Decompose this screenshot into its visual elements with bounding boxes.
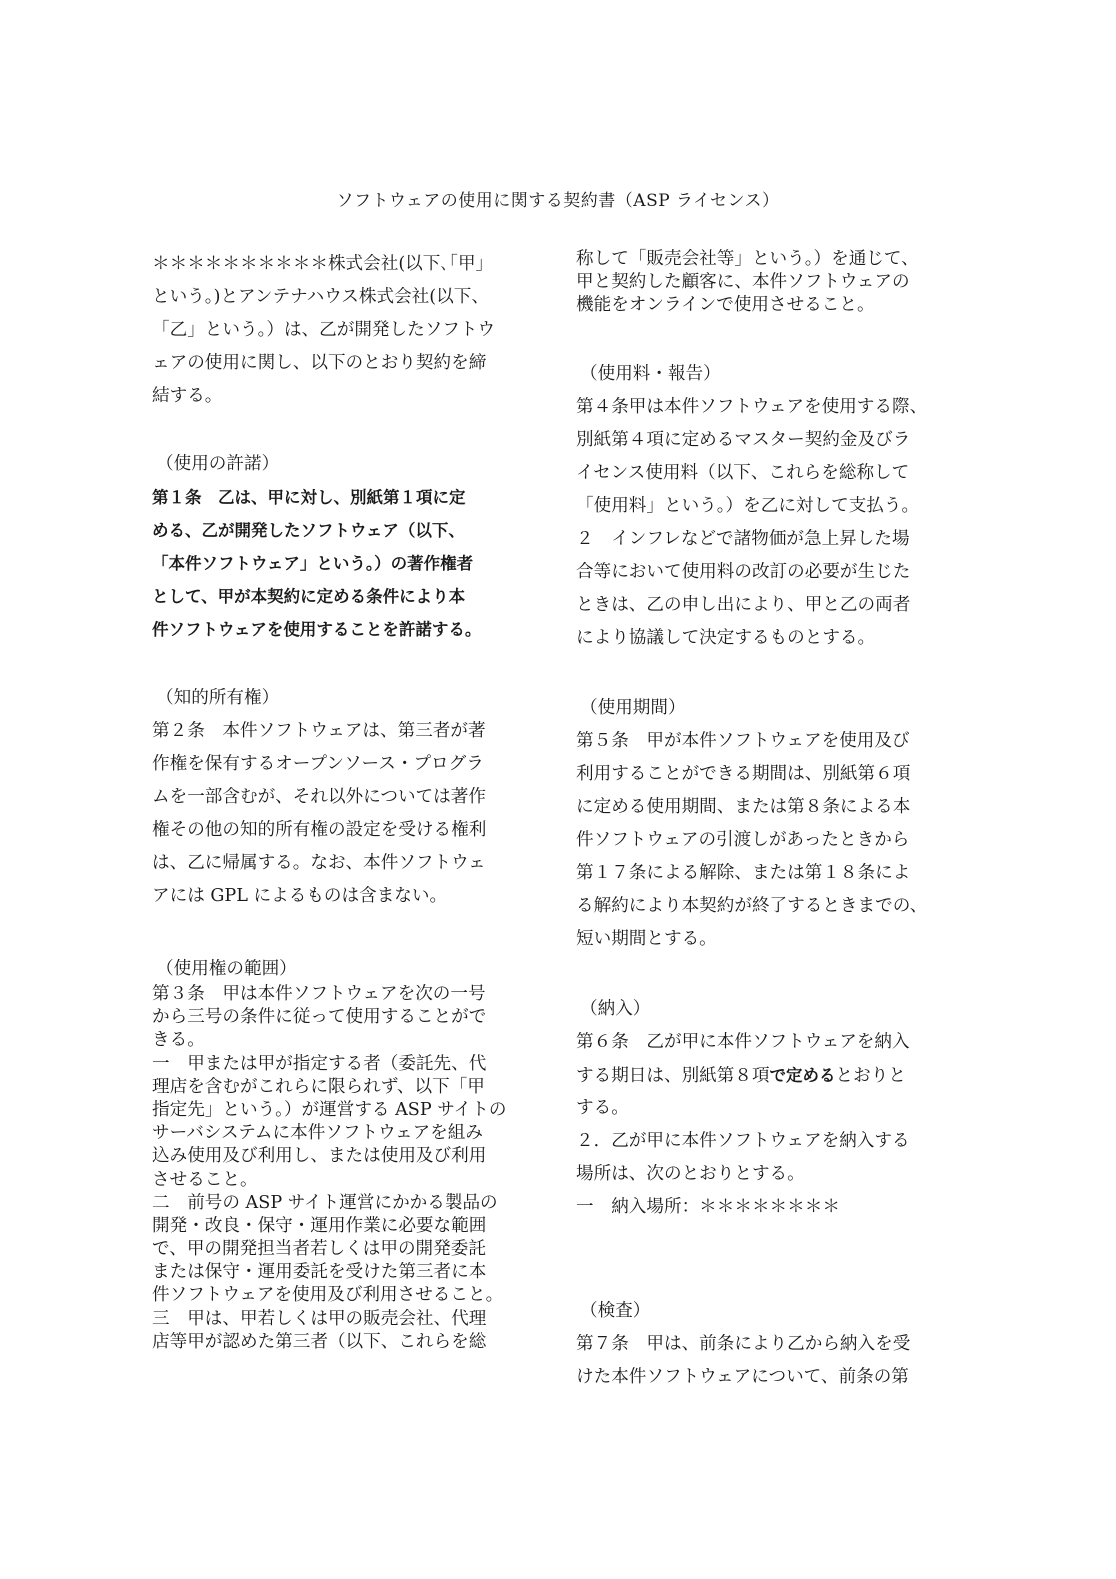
- article-line: は、乙に帰属する。なお、本件ソフトウェ: [152, 847, 552, 880]
- article-4: （使用料・報告） 第４条甲は本件ソフトウェアを使用する際、 別紙第４項に定めるマ…: [576, 358, 976, 655]
- article-line: 指定先」という。）が運営する ASP サイトの: [152, 1099, 552, 1122]
- preamble: ＊＊＊＊＊＊＊＊＊＊株式会社(以下､｢甲｣ という｡)とアンテナハウス株式会社(…: [152, 248, 552, 413]
- article-line: 件ソフトウェアの引渡しがあったときから: [576, 824, 976, 857]
- article-3-continued: 称して「販売会社等」という。）を通じて、 甲と契約した顧客に、本件ソフトウェアの…: [576, 248, 976, 318]
- article-line: 第１条 乙は、甲に対し、別紙第１項に定: [152, 481, 552, 514]
- article-line: 別紙第４項に定めるマスター契約金及びラ: [576, 424, 976, 457]
- article-line: 第７条 甲は、前条により乙から納入を受: [576, 1328, 976, 1361]
- article-line: する。: [576, 1092, 976, 1125]
- article-heading: （検査）: [576, 1295, 976, 1328]
- article-line: ときは、乙の申し出により、甲と乙の両者: [576, 589, 976, 622]
- preamble-line: ＊＊＊＊＊＊＊＊＊＊株式会社(以下､｢甲｣: [152, 248, 552, 281]
- article-line: 件ソフトウェアを使用することを許諾する。: [152, 613, 552, 646]
- article-heading: （使用料・報告）: [576, 358, 976, 391]
- article-line: 件ソフトウェアを使用及び利用させること。: [152, 1284, 552, 1307]
- article-line: として、甲が本契約に定める条件により本: [152, 580, 552, 613]
- article-line: 「使用料」という。）を乙に対して支払う。: [576, 490, 976, 523]
- article-line: 第３条 甲は本件ソフトウェアを次の一号: [152, 983, 552, 1006]
- article-line: 込み使用及び利用し、または使用及び利用: [152, 1145, 552, 1168]
- article-line: により協議して決定するものとする。: [576, 622, 976, 655]
- article-2: （知的所有権） 第２条 本件ソフトウェアは、第三者が著 作権を保有するオープンソ…: [152, 682, 552, 913]
- article-line: 称して「販売会社等」という。）を通じて、: [576, 248, 976, 271]
- article-7: （検査） 第７条 甲は、前条により乙から納入を受 けた本件ソフトウェアについて、…: [576, 1295, 976, 1394]
- article-line: する期日は、別紙第８項で定めるとおりと: [576, 1059, 976, 1092]
- article-line: イセンス使用料（以下、これらを総称して: [576, 457, 976, 490]
- article-line: 一 納入場所：＊＊＊＊＊＊＊＊: [576, 1191, 976, 1224]
- article-1: （使用の許諾） 第１条 乙は、甲に対し、別紙第１項に定 める、乙が開発したソフト…: [152, 448, 552, 646]
- article-line: 第６条 乙が甲に本件ソフトウェアを納入: [576, 1026, 976, 1059]
- article-line: 権その他の知的所有権の設定を受ける権利: [152, 814, 552, 847]
- article-line: 三 甲は、甲若しくは甲の販売会社、代理: [152, 1308, 552, 1331]
- article-line: で、甲の開発担当者若しくは甲の開発委託: [152, 1238, 552, 1261]
- article-line: ２．乙が甲に本件ソフトウェアを納入する: [576, 1125, 976, 1158]
- article-line: ムを一部含むが、それ以外については著作: [152, 781, 552, 814]
- article-line: 作権を保有するオープンソース・プログラ: [152, 748, 552, 781]
- article-text: とおりと: [836, 1066, 906, 1086]
- article-line: から三号の条件に従って使用することがで: [152, 1006, 552, 1029]
- article-heading: （使用の許諾）: [152, 448, 552, 481]
- article-heading: （使用期間）: [576, 692, 976, 725]
- article-line: 第１７条による解除、または第１８条によ: [576, 857, 976, 890]
- article-line: 二 前号の ASP サイト運営にかかる製品の: [152, 1192, 552, 1215]
- article-heading: （納入）: [576, 993, 976, 1026]
- article-line: 短い期間とする。: [576, 923, 976, 956]
- document-title: ソフトウェアの使用に関する契約書（ASP ライセンス）: [0, 186, 1116, 211]
- article-line: 合等において使用料の改訂の必要が生じた: [576, 556, 976, 589]
- article-line: 甲と契約した顧客に、本件ソフトウェアの: [576, 271, 976, 294]
- article-text-bold: で定める: [770, 1066, 836, 1085]
- preamble-line: 「乙」という。）は、乙が開発したソフトウ: [152, 314, 552, 347]
- article-line: きる。: [152, 1029, 552, 1052]
- article-line: 店等甲が認めた第三者（以下、これらを総: [152, 1331, 552, 1354]
- article-line: る解約により本契約が終了するときまでの、: [576, 890, 976, 923]
- article-line: 理店を含むがこれらに限られず、以下「甲: [152, 1076, 552, 1099]
- article-line: させること。: [152, 1169, 552, 1192]
- article-line: けた本件ソフトウェアについて、前条の第: [576, 1361, 976, 1394]
- article-line: める、乙が開発したソフトウェア（以下、: [152, 514, 552, 547]
- article-line: 開発・改良・保守・運用作業に必要な範囲: [152, 1215, 552, 1238]
- preamble-line: 結する。: [152, 380, 552, 413]
- article-line: ２ インフレなどで諸物価が急上昇した場: [576, 523, 976, 556]
- article-line: 機能をオンラインで使用させること。: [576, 294, 976, 317]
- article-3: （使用権の範囲） 第３条 甲は本件ソフトウェアを次の一号 から三号の条件に従って…: [152, 955, 552, 1354]
- article-line: 場所は、次のとおりとする。: [576, 1158, 976, 1191]
- article-line: に定める使用期間、または第８条による本: [576, 791, 976, 824]
- article-text: する期日は、別紙第８項: [576, 1066, 770, 1086]
- article-line: または保守・運用委託を受けた第三者に本: [152, 1261, 552, 1284]
- article-line: サーバシステムに本件ソフトウェアを組み: [152, 1122, 552, 1145]
- article-line: 利用することができる期間は、別紙第６項: [576, 758, 976, 791]
- article-6: （納入） 第６条 乙が甲に本件ソフトウェアを納入 する期日は、別紙第８項で定める…: [576, 993, 976, 1224]
- article-line: 第２条 本件ソフトウェアは、第三者が著: [152, 715, 552, 748]
- preamble-line: という｡)とアンテナハウス株式会社(以下、: [152, 281, 552, 314]
- article-line: 一 甲または甲が指定する者（委託先、代: [152, 1053, 552, 1076]
- preamble-line: ェアの使用に関し、以下のとおり契約を締: [152, 347, 552, 380]
- article-heading: （使用権の範囲）: [152, 955, 552, 983]
- article-5: （使用期間） 第５条 甲が本件ソフトウェアを使用及び 利用することができる期間は…: [576, 692, 976, 956]
- article-heading: （知的所有権）: [152, 682, 552, 715]
- article-line: 第４条甲は本件ソフトウェアを使用する際、: [576, 391, 976, 424]
- article-line: 第５条 甲が本件ソフトウェアを使用及び: [576, 725, 976, 758]
- article-line: 「本件ソフトウェア」という。）の著作権者: [152, 547, 552, 580]
- article-line: アには GPL によるものは含まない。: [152, 880, 552, 913]
